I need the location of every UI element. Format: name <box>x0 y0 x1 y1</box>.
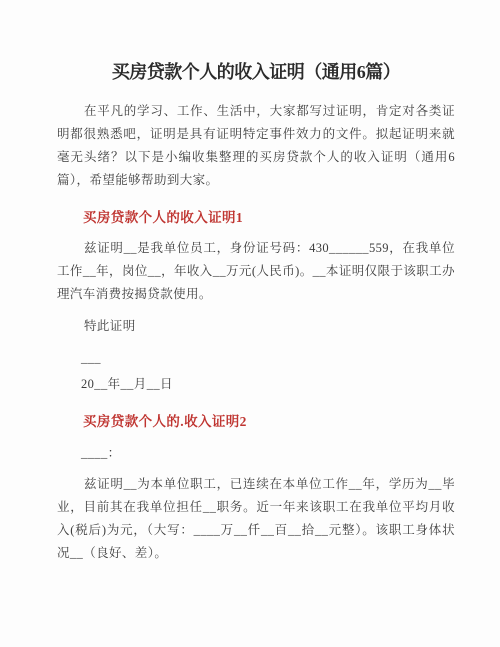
section-1-body: 兹证明__是我单位员工，身份证号码：430______559，在我单位工作__年… <box>57 237 455 306</box>
section-2-heading: 买房贷款个人的.收入证明2 <box>57 410 455 433</box>
document-page: 买房贷款个人的收入证明（通用6篇） 在平凡的学习、工作、生活中，大家都写过证明，… <box>0 0 500 647</box>
section-1-heading: 买房贷款个人的收入证明1 <box>57 206 455 229</box>
intro-paragraph: 在平凡的学习、工作、生活中，大家都写过证明，肯定对各类证明都很熟悉吧，证明是具有… <box>57 100 455 192</box>
page-title: 买房贷款个人的收入证明（通用6篇） <box>57 60 455 84</box>
section-1-attest-line: 特此证明 <box>57 315 455 338</box>
section-2-body: 兹证明__为本单位职工，已连续在本单位工作__年，学历为__毕业，目前其在我单位… <box>57 473 455 565</box>
section-1-signature-blank-line: ___ <box>57 347 455 370</box>
section-2-salutation-blank-line: ____： <box>57 442 455 465</box>
section-1-date-line: 20__年__月__日 <box>57 373 455 396</box>
